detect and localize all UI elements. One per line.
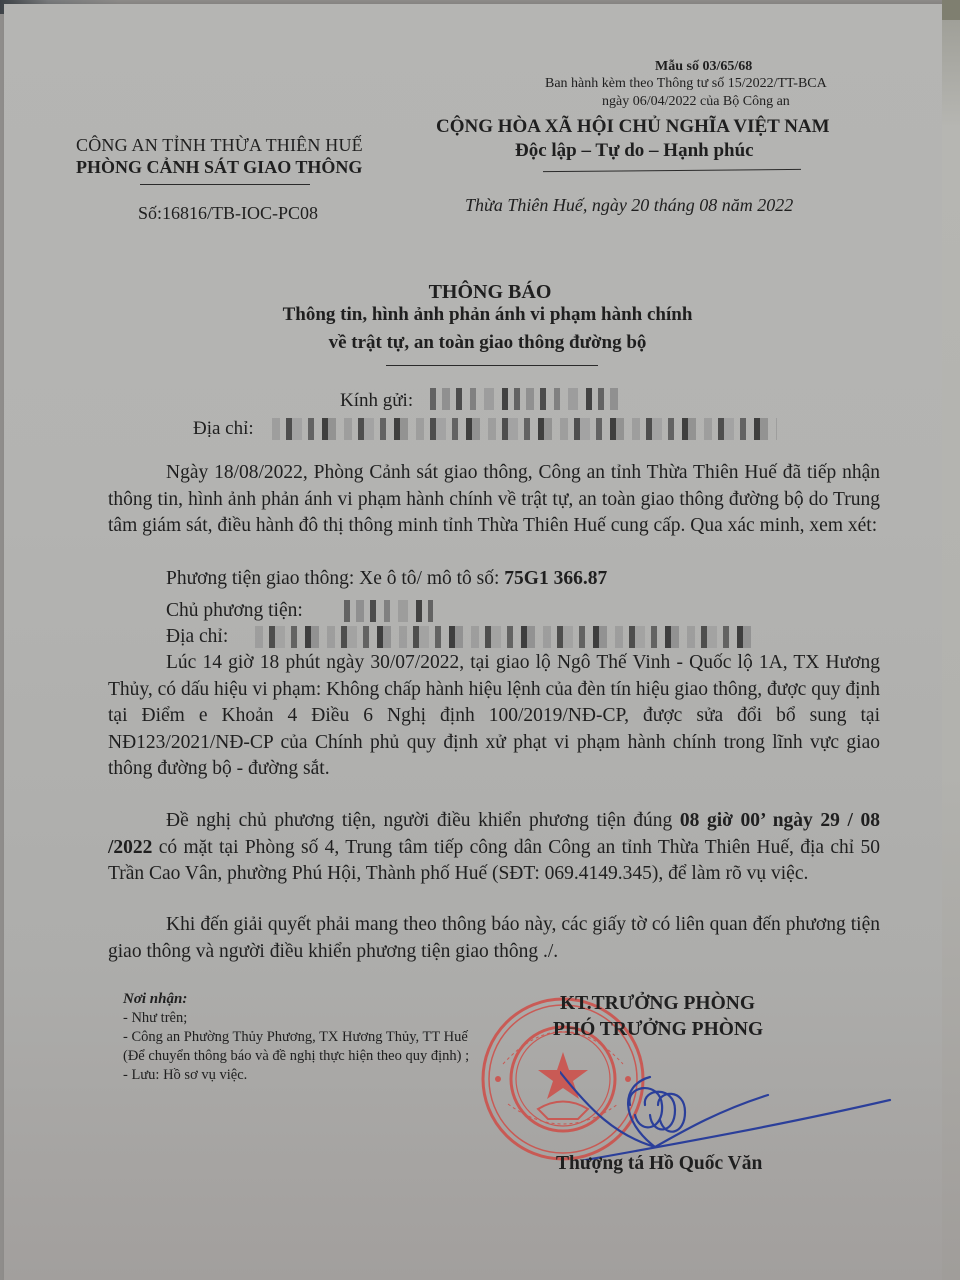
- vehicle-label: Phương tiện giao thông: Xe ô tô/ mô tô s…: [166, 568, 504, 589]
- form-number: Mẫu số 03/65/68: [655, 59, 752, 75]
- owner-address-label: Địa chỉ:: [166, 626, 228, 647]
- recipients-block: Nơi nhận: - Như trên; - Công an Phường T…: [123, 990, 473, 1085]
- body-paragraph-intro: Ngày 18/08/2022, Phòng Cảnh sát giao thô…: [108, 460, 880, 540]
- body-paragraph-requirements: Khi đến giải quyết phải mang theo thông …: [108, 912, 880, 965]
- background-strip: [942, 0, 960, 1280]
- signature-title-line2: PHÓ TRƯỞNG PHÒNG: [553, 1019, 763, 1041]
- recipient-address-label: Địa chỉ:: [193, 418, 254, 440]
- department-underline: [140, 184, 310, 185]
- owner-line: Chủ phương tiện:: [108, 598, 880, 625]
- department-name: PHÒNG CẢNH SÁT GIAO THÔNG: [76, 157, 362, 178]
- intro-text: Ngày 18/08/2022, Phòng Cảnh sát giao thô…: [108, 460, 880, 540]
- document-subtitle-line2: về trật tự, an toàn giao thông đường bộ: [0, 332, 960, 354]
- owner-name-redacted: [338, 600, 433, 622]
- issued-date: ngày 06/04/2022 của Bộ Công an: [602, 94, 790, 110]
- national-title: CỘNG HÒA XÃ HỘI CHỦ NGHĨA VIỆT NAM: [436, 116, 830, 138]
- summons-text-start: Đề nghị chủ phương tiện, người điều khiể…: [166, 810, 680, 831]
- recipient-item: - Công an Phường Thủy Phương, TX Hương T…: [123, 1028, 473, 1066]
- recipient-item: - Lưu: Hồ sơ vụ việc.: [123, 1066, 473, 1085]
- background-corner: [942, 0, 960, 20]
- vehicle-plate: 75G1 366.87: [504, 568, 607, 589]
- body-paragraph-violation: Lúc 14 giờ 18 phút ngày 30/07/2022, tại …: [108, 650, 880, 783]
- document-number: Số:16816/TB-IOC-PC08: [138, 203, 318, 224]
- owner-label: Chủ phương tiện:: [166, 600, 303, 621]
- agency-name: CÔNG AN TỈNH THỪA THIÊN HUẾ: [76, 135, 363, 156]
- summons-text-end: có mặt tại Phòng số 4, Trung tâm tiếp cô…: [108, 837, 880, 885]
- recipient-address-redacted: [272, 418, 777, 440]
- national-motto: Độc lập – Tự do – Hạnh phúc: [515, 140, 754, 162]
- place-and-date: Thừa Thiên Huế, ngày 20 tháng 08 năm 202…: [465, 195, 793, 216]
- owner-address-redacted: [255, 626, 755, 648]
- signer-name: Thượng tá Hồ Quốc Văn: [556, 1153, 762, 1175]
- violation-text: Lúc 14 giờ 18 phút ngày 30/07/2022, tại …: [108, 650, 880, 783]
- recipient-item: - Như trên;: [123, 1009, 473, 1028]
- recipients-heading: Nơi nhận:: [123, 990, 473, 1009]
- vehicle-line: Phương tiện giao thông: Xe ô tô/ mô tô s…: [108, 566, 880, 593]
- issued-with-circular: Ban hành kèm theo Thông tư số 15/2022/TT…: [545, 76, 827, 92]
- body-paragraph-summons: Đề nghị chủ phương tiện, người điều khiể…: [108, 808, 880, 888]
- signature-title-line1: KT.TRƯỞNG PHÒNG: [560, 993, 755, 1015]
- handwritten-signature-icon: [560, 1050, 900, 1160]
- subtitle-underline: [386, 365, 598, 366]
- requirements-text: Khi đến giải quyết phải mang theo thông …: [108, 912, 880, 965]
- document-title: THÔNG BÁO: [0, 281, 960, 304]
- document-subtitle-line1: Thông tin, hình ảnh phản ánh vi phạm hàn…: [0, 304, 960, 326]
- recipient-name-redacted: [424, 388, 624, 410]
- recipient-label: Kính gửi:: [340, 390, 413, 412]
